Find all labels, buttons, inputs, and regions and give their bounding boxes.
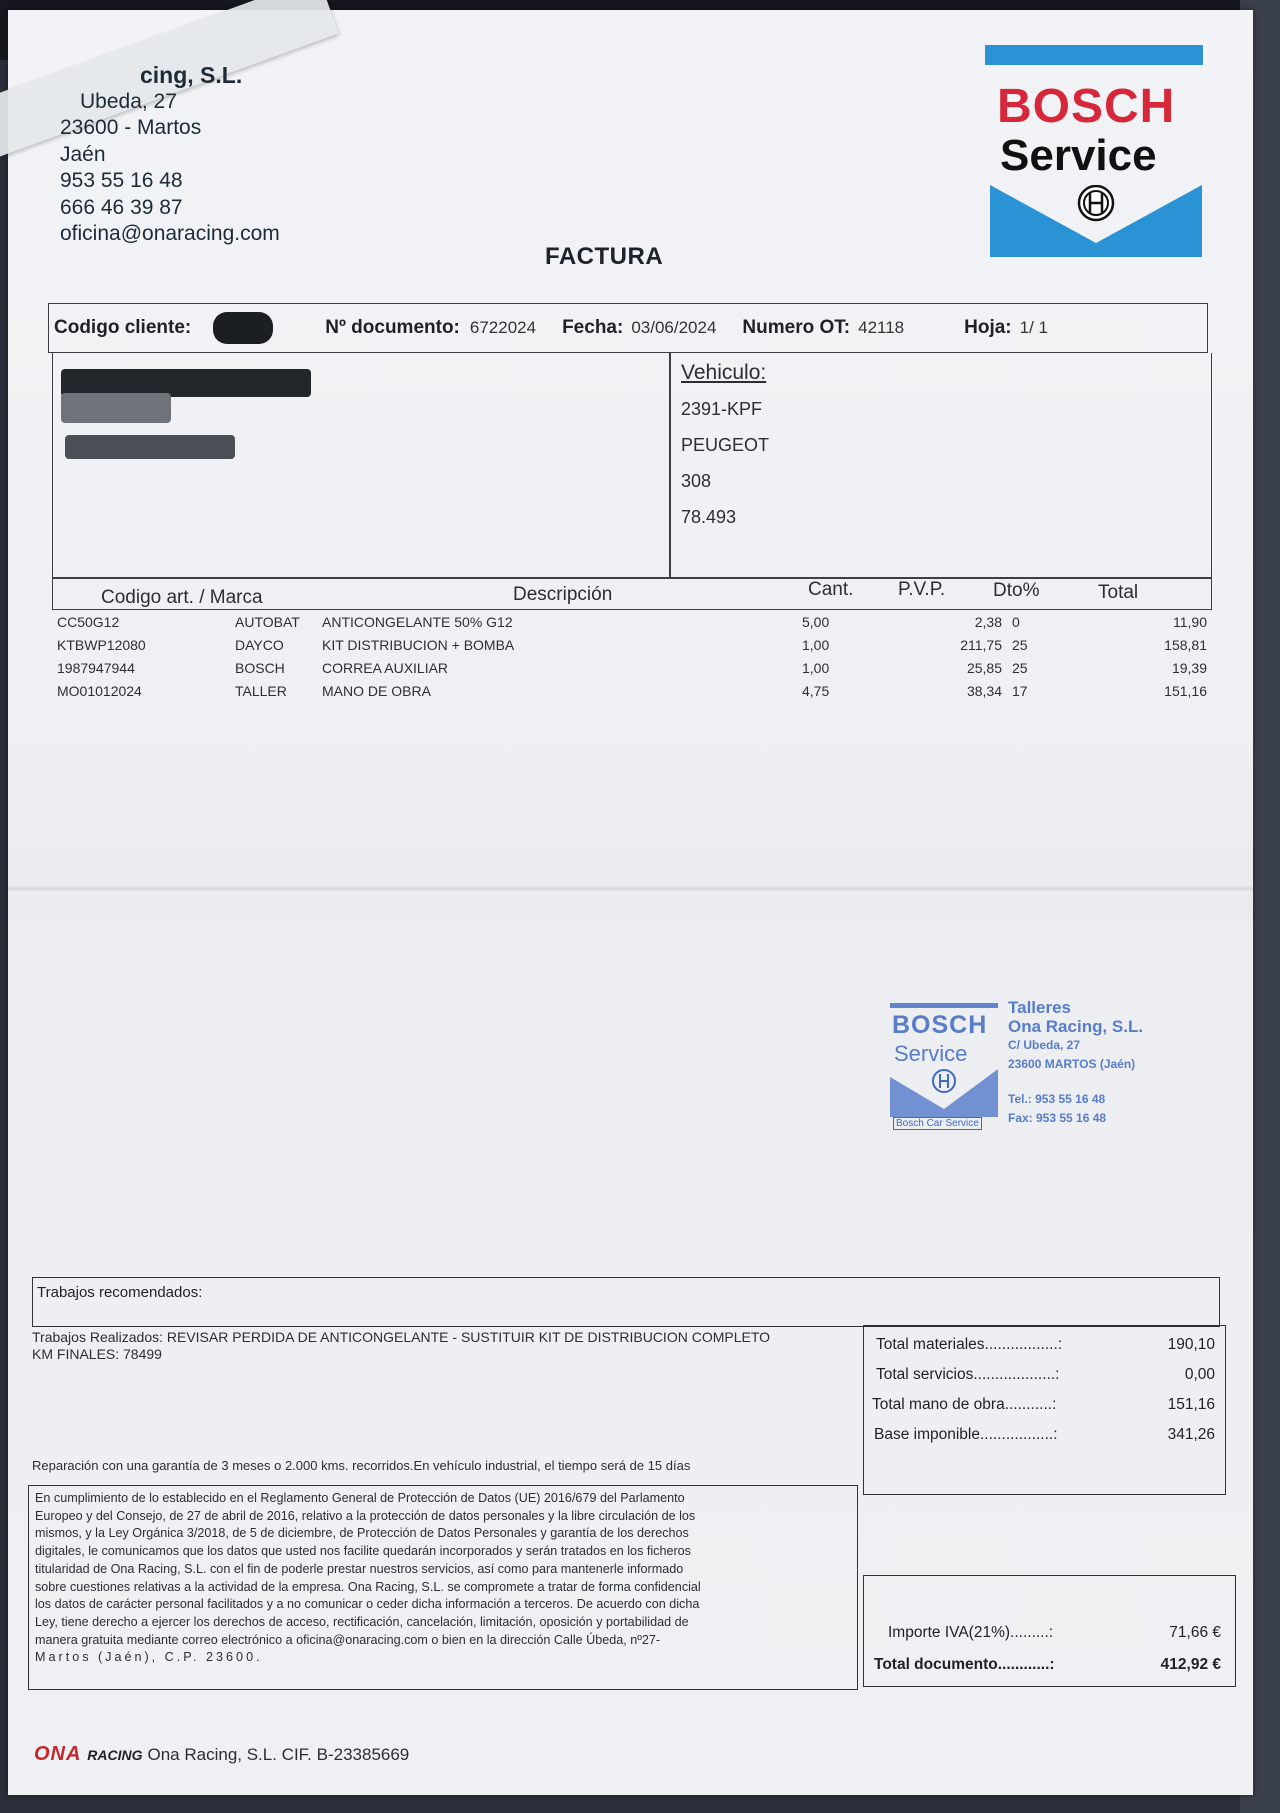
materials-label: Total materiales.................:: [876, 1336, 1062, 1354]
legal-line: En cumplimiento de lo establecido en el …: [35, 1490, 851, 1508]
item-total: 151,16: [1164, 683, 1207, 699]
vehicle-info: Vehiculo: 2391-KPF PEUGEOT 308 78.493: [681, 361, 769, 543]
page-number: 1/ 1: [1020, 318, 1048, 338]
item-qty: 1,00: [802, 637, 829, 653]
stamp-logo-bar: [890, 1003, 998, 1008]
vat-label: Importe IVA(21%).........:: [888, 1624, 1053, 1642]
doc-number: 6722024: [470, 318, 536, 338]
invoice-date: 03/06/2024: [631, 318, 716, 338]
table-row: CC50G12AUTOBATANTICONGELANTE 50% G125,00…: [52, 612, 1212, 635]
items-table-body: CC50G12AUTOBATANTICONGELANTE 50% G125,00…: [52, 612, 1212, 704]
base-value: 341,26: [1168, 1426, 1215, 1444]
item-description: ANTICONGELANTE 50% G12: [322, 614, 513, 630]
vat-value: 71,66 €: [1169, 1624, 1221, 1642]
document-title: FACTURA: [545, 243, 663, 271]
company-name: cing, S.L.: [60, 62, 280, 89]
recommended-works-label: Trabajos recomendados:: [37, 1284, 202, 1301]
table-row: 1987947944BOSCHCORREA AUXILIAR1,0025,852…: [52, 658, 1212, 681]
base-label: Base imponible.................:: [874, 1426, 1058, 1444]
company-cif: Ona Racing, S.L. CIF. B-23385669: [148, 1745, 410, 1765]
stamp-fax: Fax: 953 55 16 48: [1008, 1109, 1143, 1128]
item-price: 211,75: [922, 637, 1002, 653]
vehicle-plate: 2391-KPF: [681, 399, 769, 435]
stamp-line-2: Ona Racing, S.L.: [1008, 1017, 1143, 1036]
legal-line: digitales, le comunicamos que los datos …: [35, 1543, 851, 1561]
ona-racing-logo: ONA RACING: [34, 1743, 143, 1766]
item-total: 11,90: [1173, 614, 1207, 630]
works-done-text: Trabajos Realizados: REVISAR PERDIDA DE …: [32, 1329, 862, 1346]
stamp-line-1: Talleres: [1008, 998, 1143, 1017]
item-total: 19,39: [1172, 660, 1207, 676]
vertical-divider: [669, 353, 671, 578]
vehicle-make: PEUGEOT: [681, 435, 769, 471]
company-phone-1: 953 55 16 48: [60, 168, 280, 195]
stamp-text: Talleres Ona Racing, S.L. C/ Ubeda, 27 2…: [1008, 998, 1143, 1128]
ona-logo-text: ONA: [34, 1743, 81, 1765]
item-qty: 1,00: [802, 660, 829, 676]
client-vehicle-box: Vehiculo: 2391-KPF PEUGEOT 308 78.493: [52, 353, 1212, 578]
item-brand: TALLER: [235, 683, 287, 699]
legal-line: mismos, y la Ley Orgánica 3/2018, de 5 d…: [35, 1525, 851, 1543]
item-price: 38,34: [922, 683, 1002, 699]
vehicle-km: 78.493: [681, 507, 769, 543]
logo-brand-word: BOSCH: [997, 79, 1175, 134]
col-qty: Cant.: [808, 579, 853, 601]
item-discount: 0: [1012, 614, 1020, 630]
item-description: KIT DISTRIBUCION + BOMBA: [322, 637, 514, 653]
date-label: Fecha:: [562, 317, 623, 339]
company-address: Ubeda, 27: [60, 89, 280, 116]
stamp-brand: BOSCH: [892, 1011, 987, 1040]
stamp-chevron-icon: [890, 1069, 998, 1117]
vehicle-heading: Vehiculo:: [681, 361, 769, 385]
item-code: KTBWP12080: [57, 637, 146, 653]
recommended-works-box: Trabajos recomendados:: [32, 1277, 1220, 1327]
company-email: oficina@onaracing.com: [60, 221, 280, 248]
vehicle-model: 308: [681, 471, 769, 507]
company-phone-2: 666 46 39 87: [60, 195, 280, 222]
services-label: Total servicios...................:: [876, 1366, 1059, 1384]
total-value: 412,92 €: [1161, 1656, 1221, 1674]
col-discount: Dto%: [993, 580, 1039, 602]
ot-number: 42118: [858, 318, 904, 338]
labor-label: Total mano de obra...........:: [872, 1396, 1056, 1414]
item-brand: BOSCH: [235, 660, 285, 676]
labor-value: 151,16: [1168, 1396, 1215, 1414]
legal-line: Europeo y del Consejo, de 27 de abril de…: [35, 1508, 851, 1526]
col-description: Descripción: [513, 584, 612, 606]
legal-line: manera gratuita mediante correo electrón…: [35, 1632, 851, 1650]
table-row: MO01012024TALLERMANO DE OBRA4,7538,34171…: [52, 681, 1212, 704]
doc-number-label: Nº documento:: [325, 317, 460, 339]
works-done: Trabajos Realizados: REVISAR PERDIDA DE …: [32, 1329, 862, 1363]
total-label: Total documento............:: [874, 1656, 1055, 1674]
materials-value: 190,10: [1168, 1336, 1215, 1354]
data-protection-notice: En cumplimiento de lo establecido en el …: [28, 1485, 858, 1690]
redacted-client-address: [65, 435, 235, 459]
stamp-car-service: Bosch Car Service: [893, 1117, 982, 1130]
stamp-line-3: C/ Ubeda, 27: [1008, 1036, 1143, 1055]
col-code: Codigo art. / Marca: [101, 587, 263, 609]
stamp-service: Service: [894, 1041, 967, 1067]
invoice-info-bar: Codigo cliente: Nº documento: 6722024 Fe…: [48, 303, 1208, 353]
warranty-note: Reparación con una garantía de 3 meses o…: [32, 1458, 690, 1473]
company-city: 23600 - Martos: [60, 115, 280, 142]
legal-line: sobre cuestiones relativas a la activida…: [35, 1579, 851, 1597]
stamp-logo: BOSCH Service Bosch Car Service: [890, 1003, 1002, 1138]
item-qty: 4,75: [802, 683, 829, 699]
item-discount: 17: [1012, 683, 1028, 699]
items-table-header: Codigo art. / Marca Descripción Cant. P.…: [52, 578, 1212, 610]
col-price: P.V.P.: [898, 579, 945, 601]
item-description: MANO DE OBRA: [322, 683, 431, 699]
item-price: 2,38: [922, 614, 1002, 630]
km-final: KM FINALES: 78499: [32, 1346, 862, 1363]
bosch-chevron-icon: [990, 185, 1202, 257]
legal-line: titularidad de Ona Racing, S.L. con el f…: [35, 1561, 851, 1579]
company-province: Jaén: [60, 142, 280, 169]
page-label: Hoja:: [964, 317, 1012, 339]
item-code: 1987947944: [57, 660, 135, 676]
legal-line: Ley, tiene derecho a ejercer los derecho…: [35, 1614, 851, 1632]
legal-line: los datos de carácter personal facilitad…: [35, 1596, 851, 1614]
ona-logo-sub: RACING: [87, 1747, 142, 1763]
logo-bar: [985, 45, 1203, 65]
client-code-label: Codigo cliente:: [54, 317, 191, 339]
item-description: CORREA AUXILIAR: [322, 660, 448, 676]
stamp-line-4: 23600 MARTOS (Jaén): [1008, 1055, 1143, 1074]
item-brand: DAYCO: [235, 637, 284, 653]
table-row: KTBWP12080DAYCOKIT DISTRIBUCION + BOMBA1…: [52, 635, 1212, 658]
workshop-stamp: BOSCH Service Bosch Car Service Talleres…: [890, 998, 1180, 1138]
grand-total-box: Importe IVA(21%).........: 71,66 € Total…: [863, 1575, 1236, 1687]
paper-fold: [8, 885, 1253, 893]
bosch-service-logo: BOSCH Service: [985, 45, 1205, 260]
item-total: 158,81: [1164, 637, 1207, 653]
item-code: MO01012024: [57, 683, 142, 699]
ot-label: Numero OT:: [742, 317, 850, 339]
logo-service-word: Service: [1000, 131, 1157, 181]
item-code: CC50G12: [57, 614, 119, 630]
item-qty: 5,00: [802, 614, 829, 630]
item-discount: 25: [1012, 660, 1028, 676]
item-brand: AUTOBAT: [235, 614, 300, 630]
legal-line: Martos (Jaén), C.P. 23600.: [35, 1649, 851, 1667]
col-total: Total: [1098, 582, 1138, 604]
stamp-tel: Tel.: 953 55 16 48: [1008, 1090, 1143, 1109]
item-price: 25,85: [922, 660, 1002, 676]
footer: ONA RACING Ona Racing, S.L. CIF. B-23385…: [34, 1743, 409, 1766]
subtotals-box: Total materiales.................: 190,1…: [863, 1325, 1226, 1495]
item-discount: 25: [1012, 637, 1028, 653]
redacted-client-line: [61, 393, 171, 423]
company-header: cing, S.L. Ubeda, 27 23600 - Martos Jaén…: [60, 62, 280, 248]
services-value: 0,00: [1185, 1366, 1215, 1384]
redacted-client-code: [213, 312, 273, 344]
